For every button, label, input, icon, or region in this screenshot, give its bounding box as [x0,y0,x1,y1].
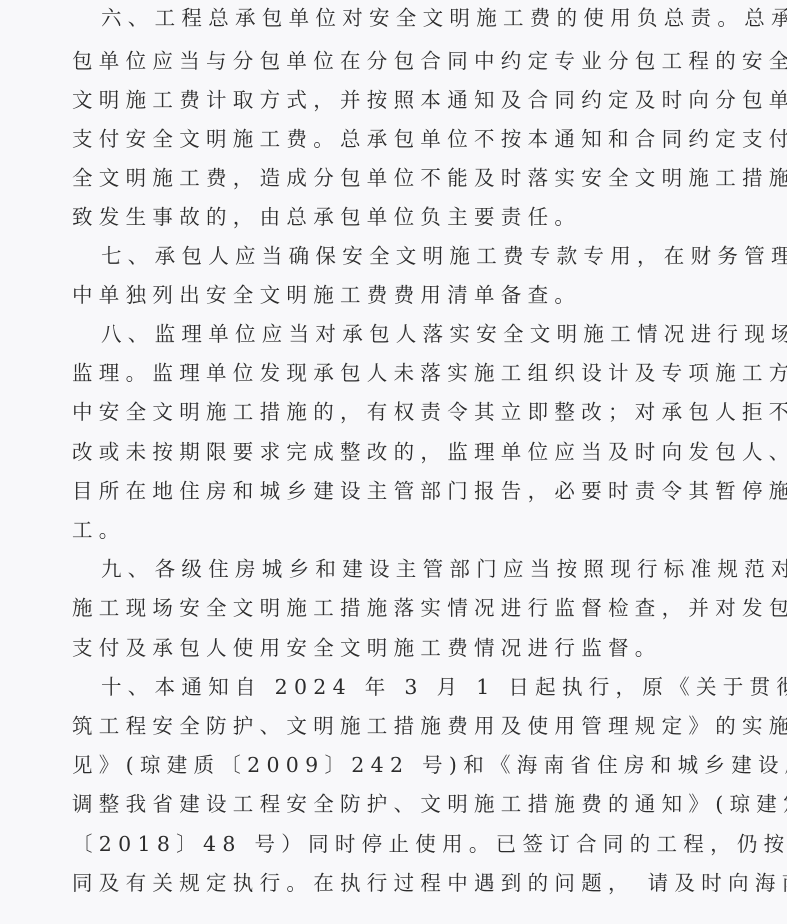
paragraph-10-line-2: 筑工程安全防护、文明施工措施费用及使用管理规定》的实施意 [72,714,464,738]
paragraph-6-line-2: 包单位应当与分包单位在分包合同中约定专业分包工程的安全 [72,49,464,73]
paragraph-9-line-1: 九、各级住房城乡和建设主管部门应当按照现行标准规范对 [101,557,493,581]
paragraph-6-line-6: 致发生事故的，由总承包单位负主要责任。 [72,205,464,229]
paragraph-10-line-5: 〔2018〕48 号）同时停止使用。已签订合同的工程，仍按原合 [72,832,464,856]
paragraph-10-line-1: 十、本通知自 2024 年 3 月 1 日起执行，原《关于贯彻《建 [101,675,493,699]
paragraph-6-line-5: 全文明施工费，造成分包单位不能及时落实安全文明施工措施导 [72,166,464,190]
paragraph-10-line-6: 同及有关规定执行。在执行过程中遇到的问题， 请及时向海南 [72,871,464,895]
paragraph-10-line-3: 见》(琼建质〔2009〕242 号)和《海南省住房和城乡建设厅关于 [72,753,464,777]
paragraph-8-line-6: 工。 [72,518,464,542]
paragraph-6-line-4: 支付安全文明施工费。总承包单位不按本通知和合同约定支付安 [72,127,464,151]
paragraph-8-line-4: 改或未按期限要求完成整改的，监理单位应当及时向发包人、项 [72,440,464,464]
paragraph-8-line-2: 监理。监理单位发现承包人未落实施工组织设计及专项施工方案 [72,361,464,385]
paragraph-8-line-5: 目所在地住房和城乡建设主管部门报告，必要时责令其暂停施 [72,479,464,503]
paragraph-6-line-1: 六、工程总承包单位对安全文明施工费的使用负总责。总承 [101,6,493,30]
paragraph-9-line-3: 支付及承包人使用安全文明施工费情况进行监督。 [72,636,464,660]
paragraph-7-line-2: 中单独列出安全文明施工费费用清单备查。 [72,283,464,307]
paragraph-7-line-1: 七、承包人应当确保安全文明施工费专款专用，在财务管理 [101,244,493,268]
paragraph-10-line-4: 调整我省建设工程安全防护、文明施工措施费的通知》(琼建定 [72,792,464,816]
paragraph-8-line-1: 八、监理单位应当对承包人落实安全文明施工情况进行现场 [101,322,493,346]
paragraph-8-line-3: 中安全文明施工措施的，有权责令其立即整改；对承包人拒不整 [72,400,464,424]
paragraph-6-line-3: 文明施工费计取方式，并按照本通知及合同约定及时向分包单位 [72,88,464,112]
paragraph-9-line-2: 施工现场安全文明施工措施落实情况进行监督检查，并对发包人 [72,596,464,620]
document-page: 六、工程总承包单位对安全文明施工费的使用负总责。总承 包单位应当与分包单位在分包… [0,0,787,924]
